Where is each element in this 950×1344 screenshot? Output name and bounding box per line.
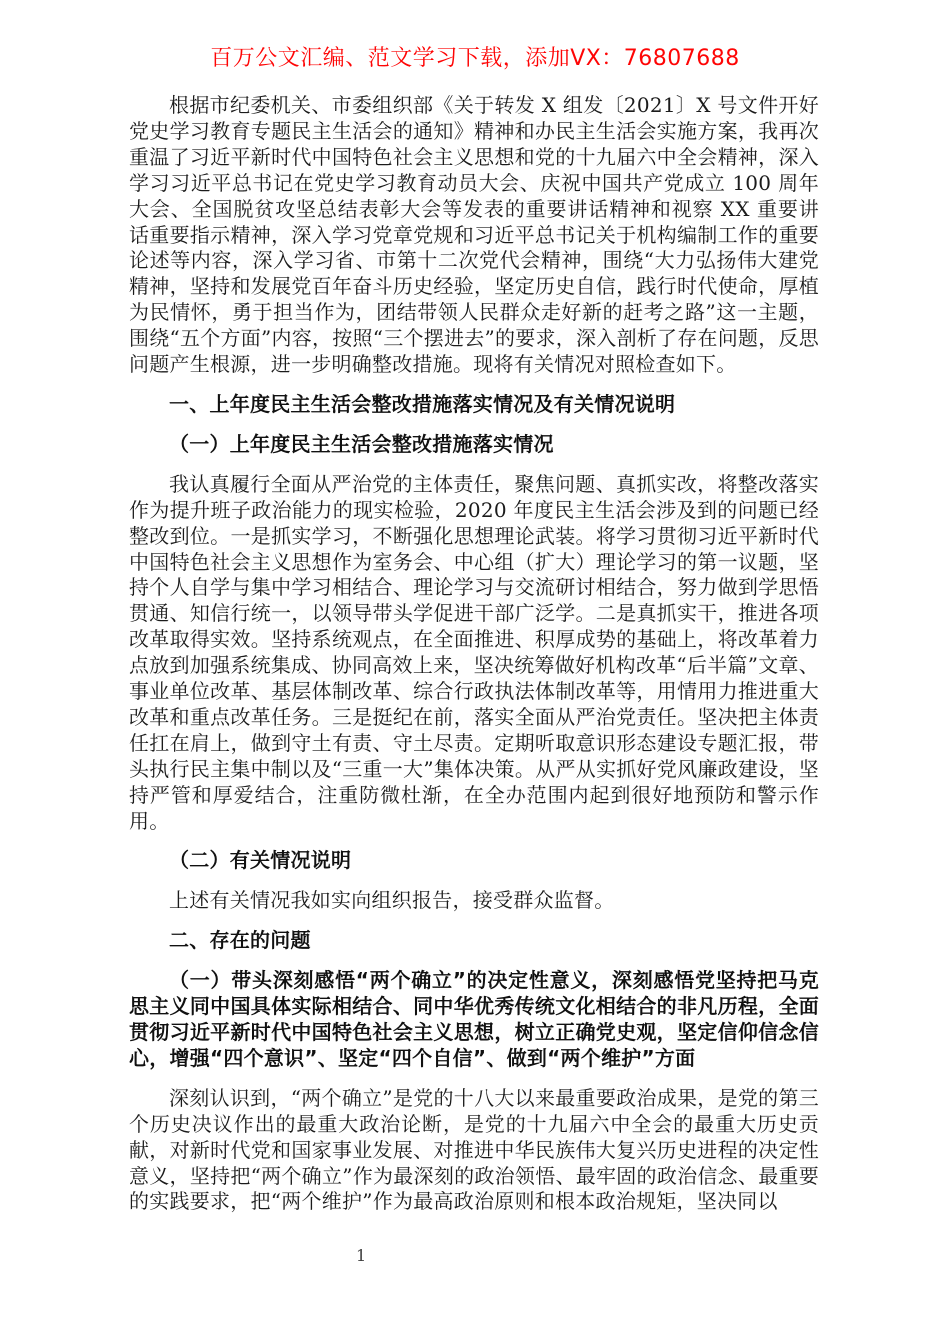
- paragraph-situation-report: 上述有关情况我如实向组织报告，接受群众监督。: [129, 888, 819, 914]
- heading-section-2-1: （一）带头深刻感悟“两个确立”的决定性意义，深刻感悟党坚持把马克思主义同中国具体…: [129, 968, 819, 1072]
- promo-banner: 百万公文汇编、范文学习下载，添加VX：76807688: [0, 44, 950, 74]
- heading-section-1-1: （一）上年度民主生活会整改措施落实情况: [129, 432, 819, 458]
- paragraph-rectification-implementation: 我认真履行全面从严治党的主体责任，聚焦问题、真抓实改，将整改落实作为提升班子政治…: [129, 472, 819, 835]
- heading-section-1: 一、上年度民主生活会整改措施落实情况及有关情况说明: [129, 392, 819, 418]
- heading-section-1-2: （二）有关情况说明: [129, 848, 819, 874]
- paragraph-two-establishes: 深刻认识到，“两个确立”是党的十八大以来最重要政治成果，是党的第三个历史决议作出…: [129, 1086, 819, 1216]
- paragraph-intro: 根据市纪委机关、市委组织部《关于转发 X 组发〔2021〕X 号文件开好党史学习…: [129, 93, 819, 378]
- page-number: 1: [356, 1246, 366, 1266]
- document-body: 根据市纪委机关、市委组织部《关于转发 X 组发〔2021〕X 号文件开好党史学习…: [129, 93, 819, 1215]
- document-page: 百万公文汇编、范文学习下载，添加VX：76807688 根据市纪委机关、市委组织…: [0, 0, 950, 1344]
- heading-section-2: 二、存在的问题: [129, 928, 819, 954]
